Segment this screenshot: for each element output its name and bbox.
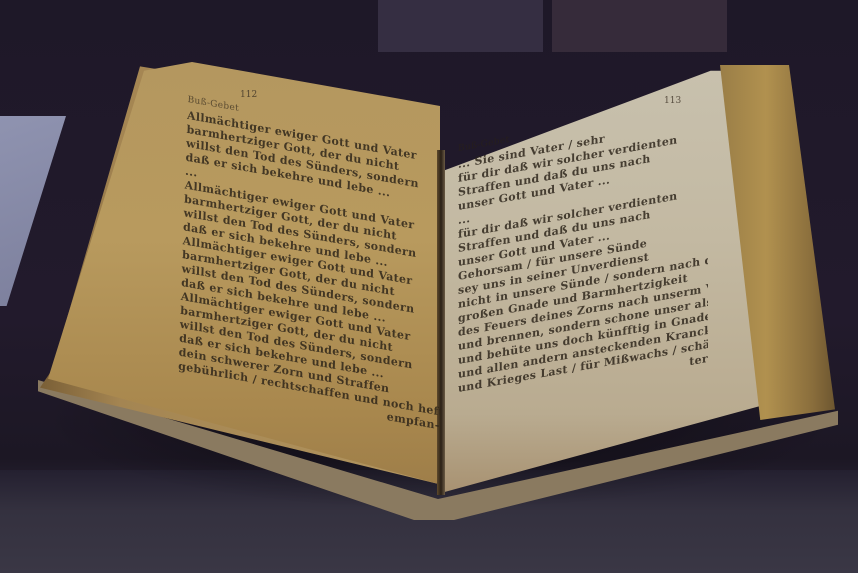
background-display-card bbox=[378, 0, 543, 52]
left-page-text: Buß-Gebet Allmächtiger ewiger Gott und V… bbox=[176, 93, 449, 467]
background-display-card bbox=[552, 0, 727, 52]
left-page-number: 112 bbox=[240, 90, 257, 100]
right-page-text: Buß-Gebet ... Sie sind Vater / sehr für … bbox=[458, 98, 708, 452]
